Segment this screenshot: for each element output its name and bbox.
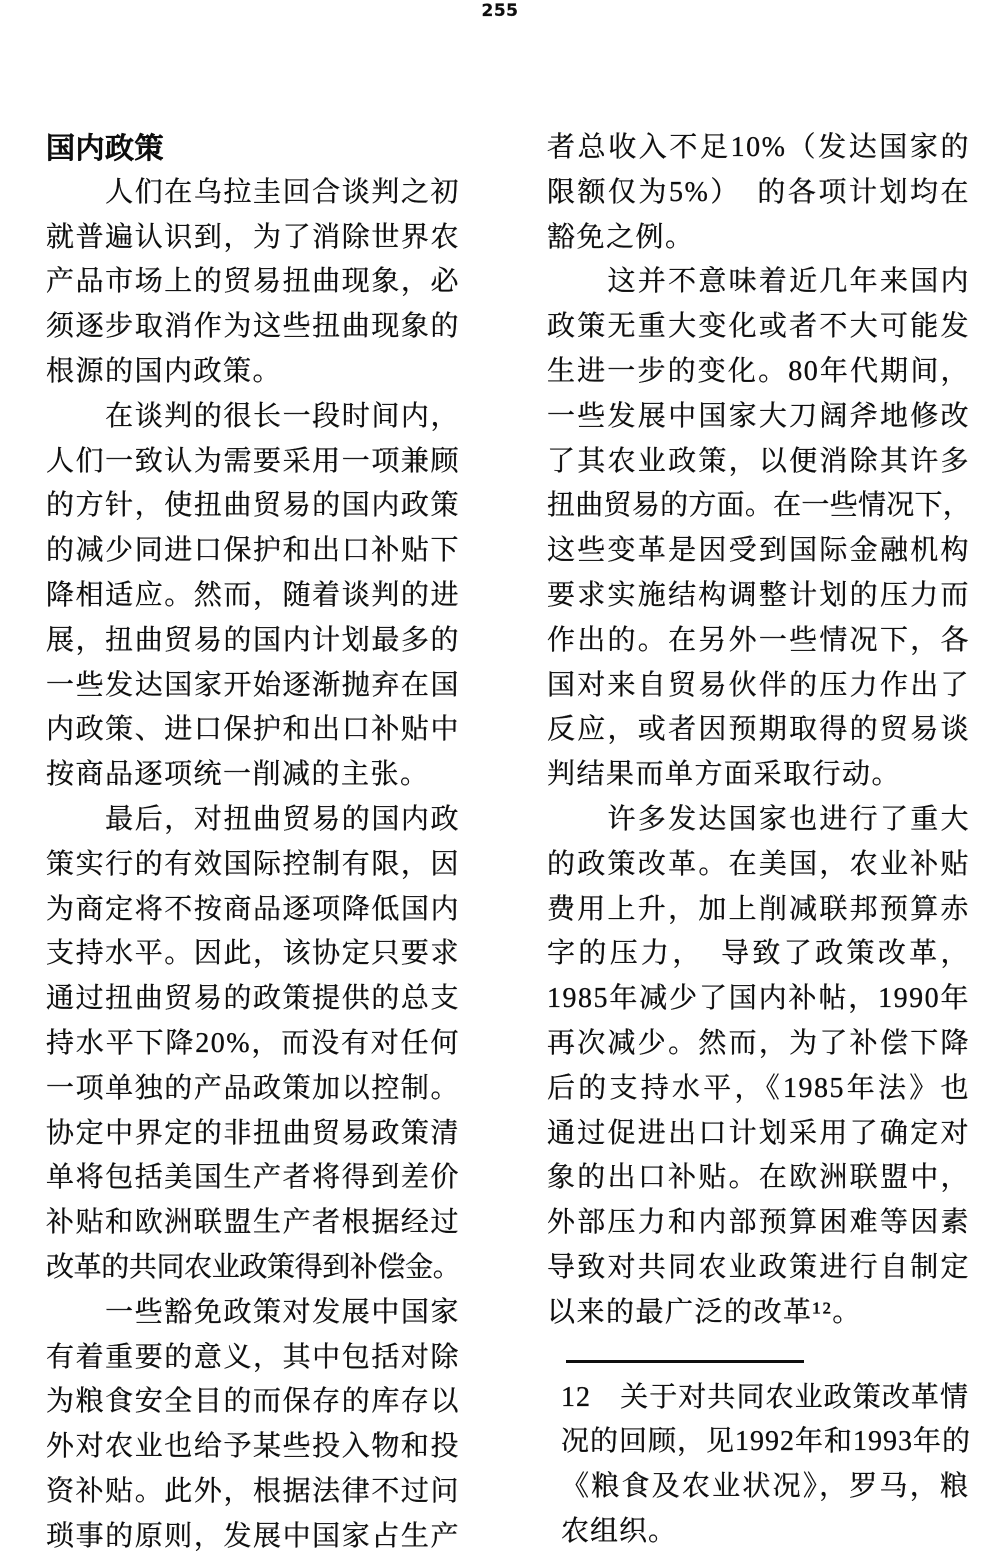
text-line: 最后，对扭曲贸易的国内政 — [46, 798, 460, 843]
footnote-line: 况的回顾，见1992年和1993年的 — [561, 1420, 969, 1465]
text-line: 在谈判的很长一段时间内， — [46, 395, 460, 440]
text-line: 豁免之例。 — [547, 216, 970, 261]
column-left: 国内政策 人们在乌拉圭回合谈判之初 就普遍认识到，为了消除世界农 产品市场上的贸… — [46, 126, 460, 1560]
text-line: 字的压力， 导致了政策改革， — [547, 932, 970, 977]
text-line: 人们在乌拉圭回合谈判之初 — [46, 171, 460, 216]
text-line: 协定中界定的非扭曲贸易政策清 — [46, 1112, 460, 1157]
text-line: 一些发达国家开始逐渐抛弃在国 — [46, 664, 460, 709]
text-line: 许多发达国家也进行了重大 — [547, 798, 970, 843]
text-line: 象的出口补贴。在欧洲联盟中， — [547, 1156, 970, 1201]
text-line: 的方针，使扭曲贸易的国内政策 — [46, 484, 460, 529]
text-line: 持水平下降20%，而没有对任何 — [46, 1022, 460, 1067]
text-line: 外对农业也给予某些投入物和投 — [46, 1425, 460, 1470]
text-line: 展，扭曲贸易的国内计划最多的 — [46, 619, 460, 664]
text-line: 作出的。在另外一些情况下，各 — [547, 619, 970, 664]
text-line: 为商定将不按商品逐项降低国内 — [46, 888, 460, 933]
text-line: 产品市场上的贸易扭曲现象，必 — [46, 260, 460, 305]
text-line: 这些变革是因受到国际金融机构 — [547, 529, 970, 574]
text-line: 限额仅为5%） 的各项计划均在 — [547, 171, 970, 216]
text-line: 生进一步的变化。80年代期间， — [547, 350, 970, 395]
text-line: 扭曲贸易的方面。在一些情况下， — [547, 484, 970, 529]
text-line: 政策无重大变化或者不大可能发 — [547, 305, 970, 350]
text-line: 通过促进出口计划采用了确定对 — [547, 1112, 970, 1157]
page-number: 255 — [0, 1, 1000, 21]
text-line: 须逐步取消作为这些扭曲现象的 — [46, 305, 460, 350]
text-line: 为粮食安全目的而保存的库存以 — [46, 1380, 460, 1425]
text-line: 资补贴。此外，根据法律不过问 — [46, 1470, 460, 1515]
text-line: 以来的最广泛的改革¹²。 — [547, 1291, 970, 1336]
text-line: 一些发展中国家大刀阔斧地修改 — [547, 395, 970, 440]
text-line: 支持水平。因此，该协定只要求 — [46, 932, 460, 977]
text-line: 单将包括美国生产者将得到差价 — [46, 1156, 460, 1201]
document-page: 255 国内政策 人们在乌拉圭回合谈判之初 就普遍认识到，为了消除世界农 产品市… — [0, 0, 1000, 1568]
text-line: 琐事的原则，发展中国家占生产 — [46, 1515, 460, 1560]
text-line: 改革的共同农业政策得到补偿金。 — [46, 1246, 460, 1291]
section-heading: 国内政策 — [46, 126, 460, 171]
text-line: 补贴和欧洲联盟生产者根据经过 — [46, 1201, 460, 1246]
text-line: 策实行的有效国际控制有限，因 — [46, 843, 460, 888]
text-line: 者总收入不足10%（发达国家的 — [547, 126, 970, 171]
text-line: 国对来自贸易伙伴的压力作出了 — [547, 664, 970, 709]
text-line: 就普遍认识到，为了消除世界农 — [46, 216, 460, 261]
text-line: 费用上升，加上削减联邦预算赤 — [547, 888, 970, 933]
text-line: 内政策、进口保护和出口补贴中 — [46, 708, 460, 753]
text-line: 判结果而单方面采取行动。 — [547, 753, 970, 798]
text-line: 后的支持水平，《1985年法》也 — [547, 1067, 970, 1112]
text-line: 了其农业政策，以便消除其许多 — [547, 440, 970, 485]
text-line: 的减少同进口保护和出口补贴下 — [46, 529, 460, 574]
text-line: 根源的国内政策。 — [46, 350, 460, 395]
footnote-line: 农组织。 — [561, 1510, 969, 1555]
text-line: 要求实施结构调整计划的压力而 — [547, 574, 970, 619]
text-line: 1985年减少了国内补帖，1990年 — [547, 977, 970, 1022]
text-line: 反应，或者因预期取得的贸易谈 — [547, 708, 970, 753]
footnote: 12 关于对共同农业政策改革情 况的回顾，见1992年和1993年的 《粮食及农… — [561, 1376, 969, 1555]
text-line: 有着重要的意义，其中包括对除 — [46, 1336, 460, 1381]
text-line: 外部压力和内部预算困难等因素 — [547, 1201, 970, 1246]
text-line: 降相适应。然而，随着谈判的进 — [46, 574, 460, 619]
text-line: 再次减少。然而，为了补偿下降 — [547, 1022, 970, 1067]
footnote-line: 《粮食及农业状况》，罗马，粮 — [561, 1465, 969, 1510]
text-line: 导致对共同农业政策进行自制定 — [547, 1246, 970, 1291]
text-line: 一些豁免政策对发展中国家 — [46, 1291, 460, 1336]
column-right: 者总收入不足10%（发达国家的 限额仅为5%） 的各项计划均在 豁免之例。 这并… — [547, 126, 970, 1555]
text-line: 人们一致认为需要采用一项兼顾 — [46, 440, 460, 485]
text-line: 通过扭曲贸易的政策提供的总支 — [46, 977, 460, 1022]
text-line: 这并不意味着近几年来国内 — [547, 260, 970, 305]
footnote-divider — [566, 1360, 804, 1363]
footnote-line: 12 关于对共同农业政策改革情 — [561, 1376, 969, 1421]
text-line: 一项单独的产品政策加以控制。 — [46, 1067, 460, 1112]
text-line: 按商品逐项统一削减的主张。 — [46, 753, 460, 798]
text-line: 的政策改革。在美国，农业补贴 — [547, 843, 970, 888]
